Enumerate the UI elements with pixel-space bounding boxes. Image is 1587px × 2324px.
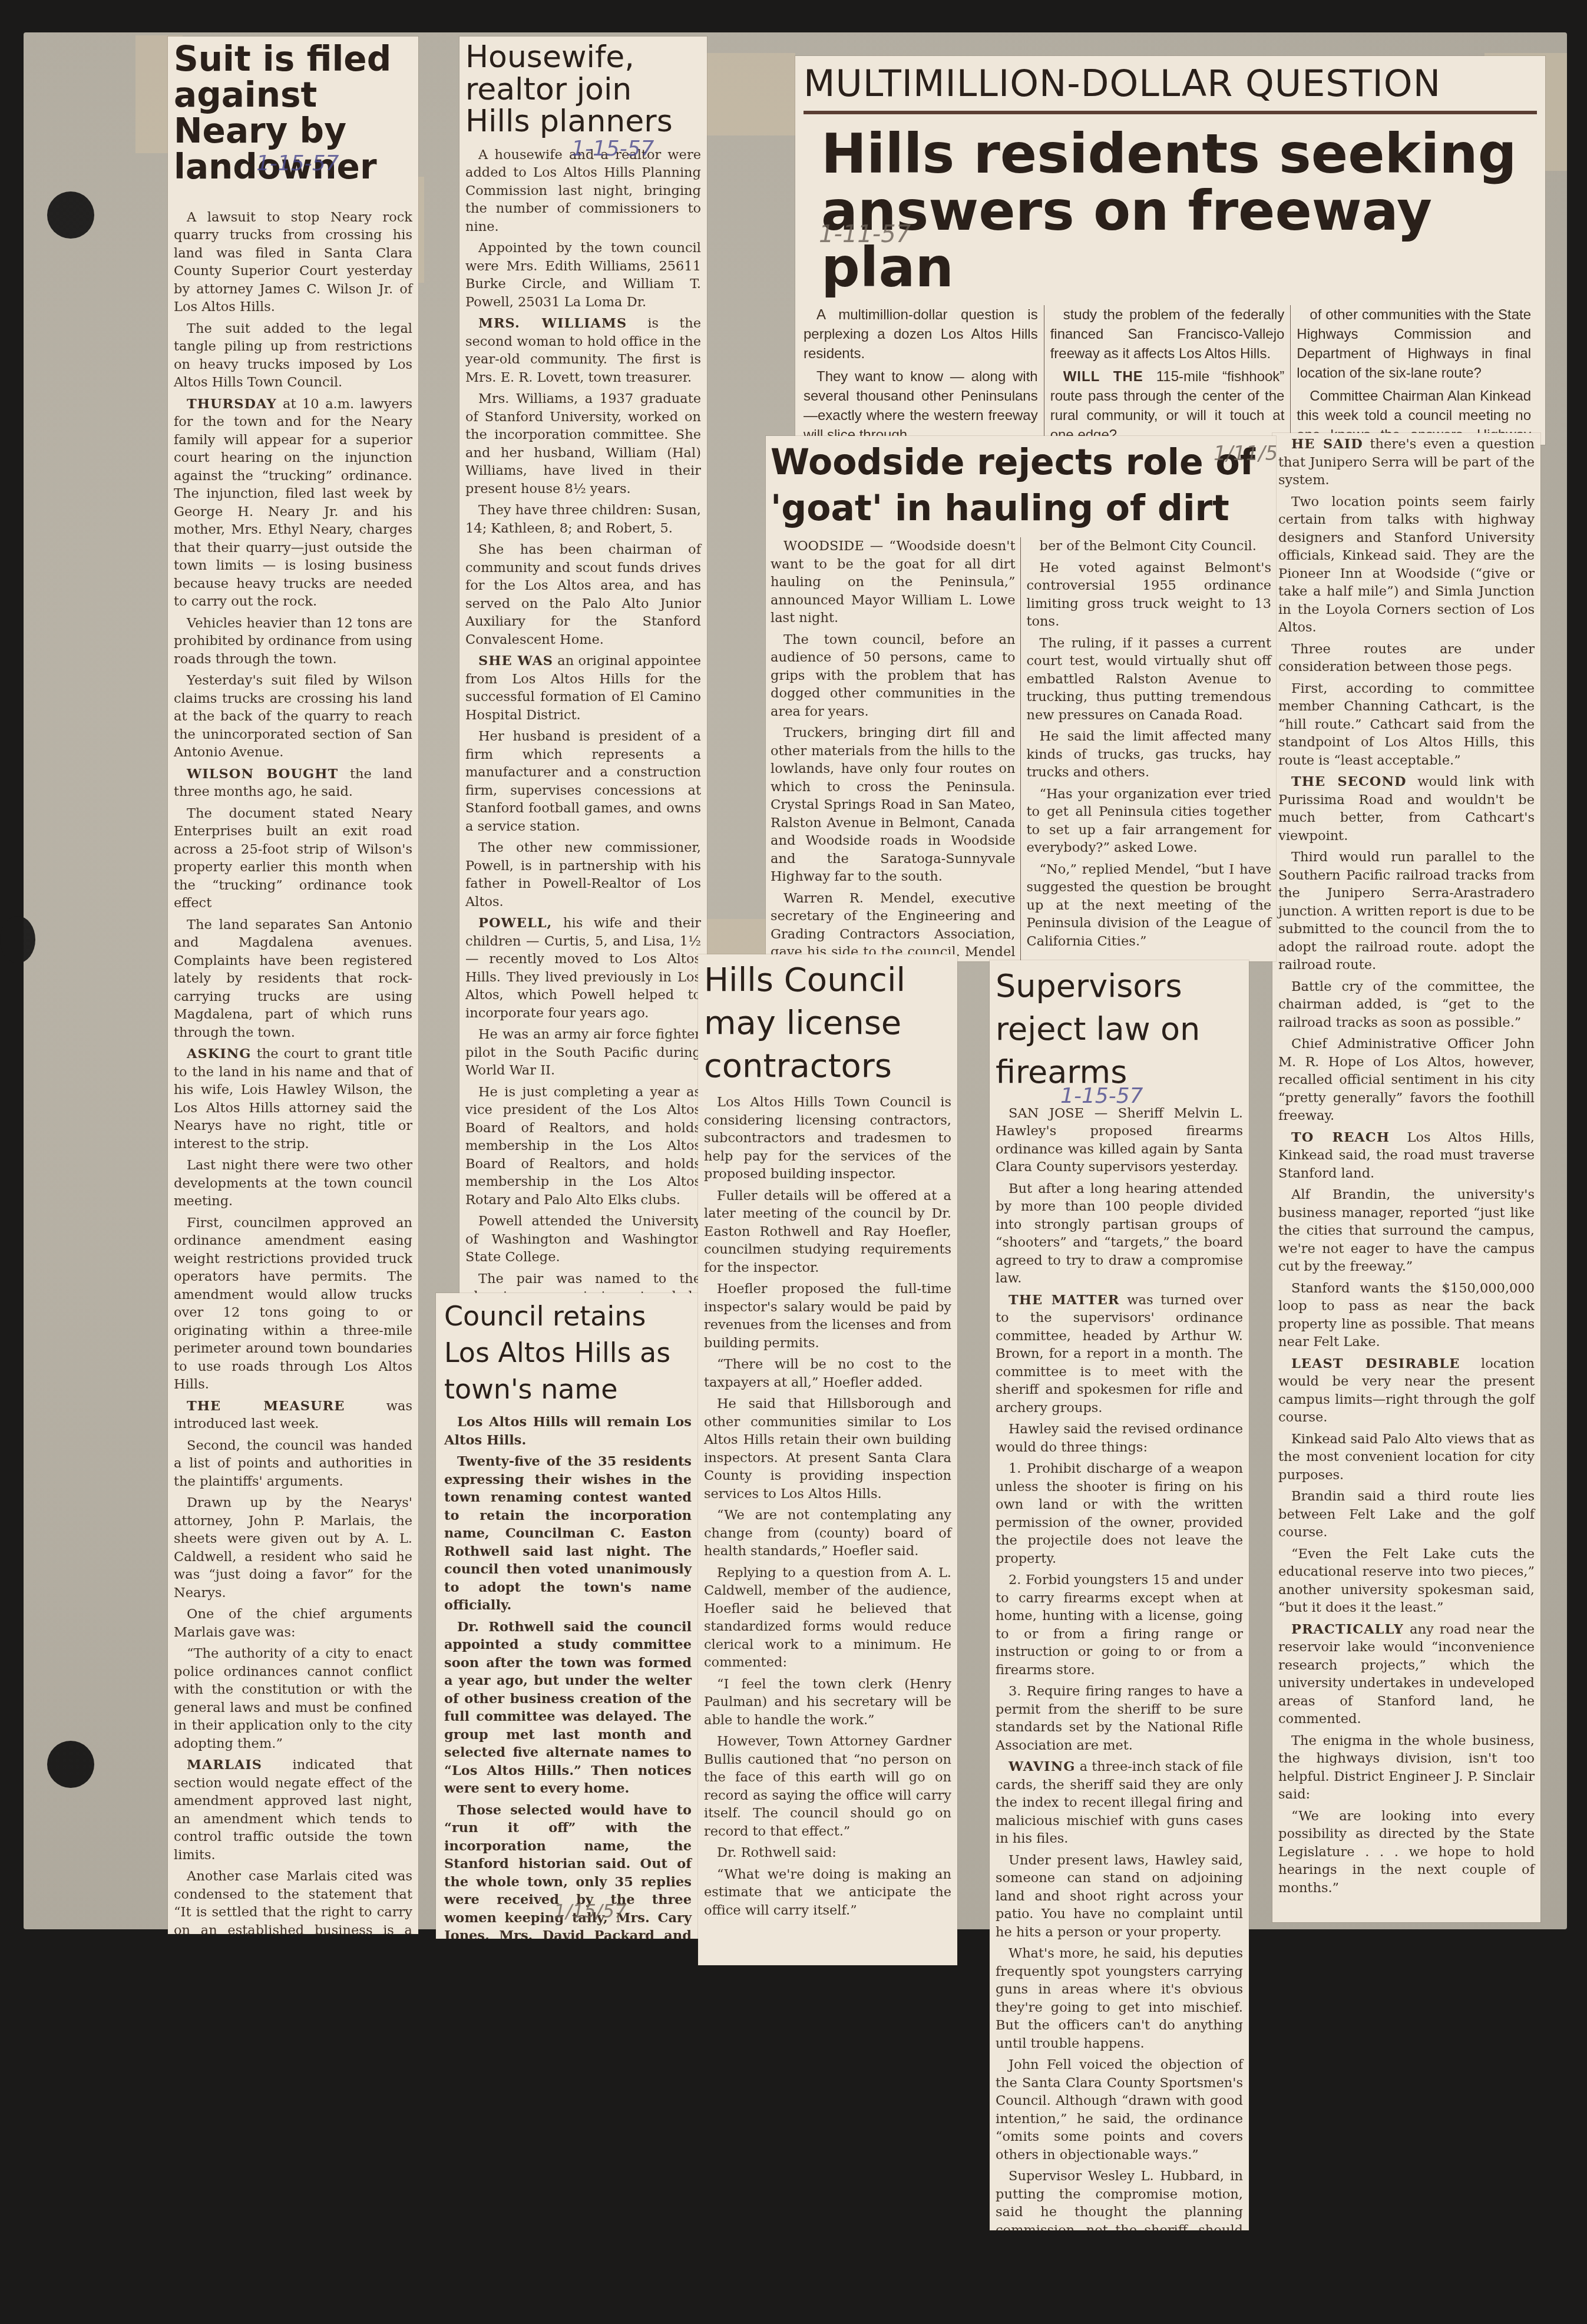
paragraph-text: Truckers, bringing dirt fill and other m… (771, 725, 1016, 884)
article-paragraph: First, councilmen approved an ordinance … (174, 1214, 412, 1394)
paragraph-text: He voted against Belmont's controversial… (1027, 560, 1272, 630)
article-paragraph: Hoefler proposed the full-time inspector… (704, 1280, 951, 1352)
article-paragraph: Three routes are under consideration bet… (1278, 640, 1535, 676)
article-body: A lawsuit to stop Neary rock quarry truc… (174, 209, 412, 1934)
paragraph-text: He was an army air force fighter pilot i… (465, 1027, 701, 1078)
paragraph-text: Twenty-five of the 35 residents expressi… (444, 1454, 692, 1613)
article-paragraph: Fuller details will be offered at a late… (704, 1187, 951, 1277)
article-paragraph: Mrs. Williams, a 1937 graduate of Stanfo… (465, 390, 701, 498)
article-paragraph: TO REACH Los Altos Hills, Kinkead said, … (1278, 1129, 1535, 1183)
article-paragraph: THE MEASURE was introduced last week. (174, 1397, 412, 1433)
article-paragraph: Battle cry of the committee, the chairma… (1278, 978, 1535, 1032)
paragraph-lead: SHE WAS (478, 653, 553, 669)
paragraph-lead: HE SAID (1291, 437, 1363, 452)
article-paragraph: The document stated Neary Enterprises bu… (174, 805, 412, 913)
paragraph-text: Appointed by the town council were Mrs. … (465, 240, 701, 310)
headline: Supervisors reject law on firearms (996, 965, 1243, 1094)
kicker-headline: MULTIMILLION-DOLLAR QUESTION (804, 62, 1537, 114)
article-body: SAN JOSE — Sheriff Melvin L. Hawley's pr… (996, 1105, 1243, 2230)
paragraph-text: “No,” replied Mendel, “but I have sugges… (1027, 862, 1272, 949)
paragraph-lead: LEAST DESIRABLE (1291, 1356, 1460, 1371)
paragraph-text: Stanford wants the $150,000,000 loop to … (1278, 1281, 1535, 1350)
article-paragraph: John Fell voiced the objection of the Sa… (996, 2056, 1243, 2164)
paragraph-text: study the problem of the federally finan… (1050, 307, 1285, 362)
headline: Housewife, realtor join Hills planners (465, 41, 701, 138)
article-paragraph: Dr. Rothwell said the council appointed … (444, 1618, 692, 1798)
article-paragraph: WILSON BOUGHT the land three months ago,… (174, 765, 412, 801)
paragraph-lead: MARLAIS (187, 1757, 262, 1773)
paragraph-text: “What we're doing is making an estimate … (704, 1867, 951, 1918)
paragraph-lead: POWELL, (478, 915, 552, 931)
paragraph-text: “Even the Felt Lake cuts the educational… (1278, 1546, 1535, 1616)
tape-strip (695, 53, 795, 135)
handwritten-date: 1/11/57 (1214, 442, 1276, 465)
binder-hole (47, 191, 94, 239)
article-paragraph: ber of the Belmont City Council. (1027, 537, 1272, 556)
article-paragraph: First, according to committee member Cha… (1278, 680, 1535, 770)
article-paragraph: HE SAID there's even a question that Jun… (1278, 435, 1535, 490)
paragraph-text: “The authority of a city to enact police… (174, 1646, 412, 1751)
binder-hole (47, 1741, 94, 1788)
article-paragraph: “What we're doing is making an estimate … (704, 1866, 951, 1920)
article-paragraph: “The authority of a city to enact police… (174, 1645, 412, 1753)
paragraph-text: “There will be no cost to the taxpayers … (704, 1357, 951, 1390)
paragraph-lead: WILSON BOUGHT (187, 766, 338, 782)
paragraph-text: “Has your organization ever tried to get… (1027, 786, 1272, 856)
paragraph-text: Hoefler proposed the full-time inspector… (704, 1281, 951, 1351)
article-body: Los Altos Hills Town Council is consider… (704, 1093, 951, 1919)
article-paragraph: She has been chairman of community and s… (465, 541, 701, 649)
paragraph-text: She has been chairman of community and s… (465, 542, 701, 647)
paragraph-text: any road near the reservoir lake would “… (1278, 1622, 1535, 1727)
paragraph-lead: THURSDAY (187, 396, 276, 412)
paragraph-text: “We are not contemplating any change fro… (704, 1508, 951, 1559)
paragraph-text: 3. Require firing ranges to have a permi… (996, 1684, 1243, 1753)
paragraph-text: Supervisor Wesley L. Hubbard, in putting… (996, 2168, 1243, 2230)
article-paragraph: He was an army air force fighter pilot i… (465, 1026, 701, 1080)
headline: Council retains Los Altos Hills as town'… (444, 1298, 692, 1407)
article-paragraph: A lawsuit to stop Neary rock quarry truc… (174, 209, 412, 316)
paragraph-lead: WILL THE (1063, 369, 1143, 385)
article-paragraph: The town council, before an audience of … (771, 631, 1016, 721)
article-paragraph: Twenty-five of the 35 residents expressi… (444, 1453, 692, 1615)
paragraph-text: his wife and their children — Curtis, 5,… (465, 915, 701, 1021)
article-body: Los Altos Hills will remain Los Altos Hi… (444, 1413, 692, 1939)
article-paragraph: The other new commissioner, Powell, is i… (465, 839, 701, 911)
article-column: of other communities with the State High… (1297, 305, 1537, 445)
paragraph-lead: THE MEASURE (187, 1399, 345, 1414)
article-paragraph: Two location points seem fairly certain … (1278, 493, 1535, 637)
article-paragraph: Vehicles heavier than 12 tons are prohib… (174, 614, 412, 669)
article-paragraph: POWELL, his wife and their children — Cu… (465, 914, 701, 1022)
article-paragraph: Alf Brandin, the university's business m… (1278, 1186, 1535, 1276)
paragraph-text: indicated that section would negate effe… (174, 1757, 412, 1863)
paragraph-text: Second, the council was handed a list of… (174, 1438, 412, 1489)
paragraph-text: Drawn up by the Nearys' attorney, John P… (174, 1495, 412, 1601)
article-paragraph: Last night there were two other developm… (174, 1156, 412, 1211)
paragraph-text: at 10 a.m. lawyers for the town and for … (174, 396, 412, 610)
paragraph-text: ber of the Belmont City Council. (1040, 538, 1257, 554)
paragraph-text: 1. Prohibit discharge of a weapon unless… (996, 1461, 1243, 1566)
article-paragraph: Another case Marlais cited was condensed… (174, 1867, 412, 1934)
paragraph-text: One of the chief arguments Marlais gave … (174, 1606, 412, 1640)
article-paragraph: THE SECOND would link with Purissima Roa… (1278, 773, 1535, 845)
paragraph-text: A lawsuit to stop Neary rock quarry truc… (174, 210, 412, 315)
paragraph-text: Yesterday's suit filed by Wilson claims … (174, 673, 412, 760)
article-paragraph: Supervisor Wesley L. Hubbard, in putting… (996, 2167, 1243, 2230)
paragraph-text: However, Town Attorney Gardner Bullis ca… (704, 1734, 951, 1839)
article-column: study the problem of the federally finan… (1050, 305, 1291, 445)
paragraph-lead: MRS. WILLIAMS (478, 316, 627, 331)
paragraph-lead: PRACTICALLY (1291, 1622, 1404, 1637)
paragraph-text: Hawley said the revised ordinance would … (996, 1421, 1243, 1455)
article-paragraph: WOODSIDE — “Woodside doesn't want to be … (771, 537, 1016, 627)
article-paragraph: “We are not contemplating any change fro… (704, 1506, 951, 1561)
article-paragraph: He voted against Belmont's controversial… (1027, 559, 1272, 631)
article-paragraph: LEAST DESIRABLE location would be very n… (1278, 1355, 1535, 1427)
article-paragraph: A multimillion-dollar question is perple… (804, 305, 1038, 363)
article-paragraph: “Has your organization ever tried to get… (1027, 785, 1272, 857)
article-firearms-law: Supervisors reject law on firearms 1-15-… (990, 960, 1249, 2230)
article-paragraph: He said the limit affected many kinds of… (1027, 728, 1272, 782)
paragraph-text: The town council, before an audience of … (771, 632, 1016, 719)
article-paragraph: Stanford wants the $150,000,000 loop to … (1278, 1280, 1535, 1351)
paragraph-text: Chief Administrative Officer John M. R. … (1278, 1036, 1535, 1123)
paragraph-text: Warren R. Mendel, executive secretary of… (771, 891, 1016, 962)
headline: Hills Council may license contractors (704, 959, 951, 1087)
headline: Hills residents seeking answers on freew… (804, 126, 1537, 297)
paragraph-text: The enigma in the whole business, the hi… (1278, 1733, 1535, 1803)
paragraph-text: First, according to committee member Cha… (1278, 681, 1535, 768)
article-paragraph: SHE WAS an original appointee from Los A… (465, 652, 701, 724)
paragraph-text: Fuller details will be offered at a late… (704, 1188, 951, 1275)
paragraph-lead: TO REACH (1291, 1130, 1390, 1145)
article-paragraph: MRS. WILLIAMS is the second woman to hol… (465, 315, 701, 386)
paragraph-text: Replying to a question from A. L. Caldwe… (704, 1565, 951, 1671)
article-paragraph: The land separates San Antonio and Magda… (174, 916, 412, 1042)
paragraph-text: Third would run parallel to the Southern… (1278, 849, 1535, 973)
article-freeway-plan: MULTIMILLION-DOLLAR QUESTION Hills resid… (795, 56, 1545, 445)
article-paragraph: 1. Prohibit discharge of a weapon unless… (996, 1460, 1243, 1568)
paragraph-text: First, councilmen approved an ordinance … (174, 1215, 412, 1393)
article-paragraph: He is just completing a year as vice pre… (465, 1083, 701, 1209)
handwritten-date: 1-15-57 (1060, 1084, 1143, 1108)
headline: Woodside rejects role of 'goat' in hauli… (771, 439, 1271, 531)
paragraph-text: Another case Marlais cited was condensed… (174, 1869, 412, 1934)
paragraph-text: WOODSIDE — “Woodside doesn't want to be … (771, 538, 1016, 626)
article-paragraph: “I feel the town clerk (Henry Paulman) a… (704, 1675, 951, 1730)
paragraph-text: the court to grant title to the land in … (174, 1046, 412, 1152)
article-paragraph: Powell attended the University of Washin… (465, 1212, 701, 1267)
article-paragraph: Yesterday's suit filed by Wilson claims … (174, 672, 412, 762)
article-paragraph: Chief Administrative Officer John M. R. … (1278, 1035, 1535, 1125)
article-paragraph: The ruling, if it passes a current court… (1027, 634, 1272, 725)
article-paragraph: The enigma in the whole business, the hi… (1278, 1732, 1535, 1804)
paragraph-text: Battle cry of the committee, the chairma… (1278, 979, 1535, 1030)
article-freeway-plan-continued: HE SAID there's even a question that Jun… (1272, 433, 1540, 1922)
article-paragraph: Brandin said a third route lies between … (1278, 1487, 1535, 1542)
article-paragraph: THE MATTER was turned over to the superv… (996, 1291, 1243, 1417)
article-column: ber of the Belmont City Council.He voted… (1027, 537, 1272, 961)
paragraph-text: A multimillion-dollar question is perple… (804, 307, 1038, 362)
article-paragraph: One of the chief arguments Marlais gave … (174, 1605, 412, 1641)
article-paragraph: Appointed by the town council were Mrs. … (465, 239, 701, 311)
paragraph-text: Dr. Rothwell said: (717, 1845, 837, 1860)
article-paragraph: of other communities with the State High… (1297, 305, 1531, 383)
paragraph-text: Dr. Rothwell said the council appointed … (444, 1619, 692, 1797)
paragraph-lead: THE SECOND (1291, 774, 1407, 789)
paragraph-text: Last night there were two other developm… (174, 1158, 412, 1209)
paragraph-text: Los Altos Hills will remain Los Altos Hi… (444, 1414, 692, 1448)
article-paragraph: THURSDAY at 10 a.m. lawyers for the town… (174, 395, 412, 611)
paragraph-text: Alf Brandin, the university's business m… (1278, 1187, 1535, 1274)
paragraph-text: Three routes are under consideration bet… (1278, 642, 1535, 675)
article-paragraph: WAVING a three-inch stack of file cards,… (996, 1758, 1243, 1848)
article-woodside-dirt: Woodside rejects role of 'goat' in hauli… (766, 436, 1276, 961)
paragraph-text: He is just completing a year as vice pre… (465, 1085, 701, 1208)
article-column: WOODSIDE — “Woodside doesn't want to be … (771, 537, 1021, 961)
article-paragraph: Drawn up by the Nearys' attorney, John P… (174, 1494, 412, 1602)
article-paragraph: Truckers, bringing dirt fill and other m… (771, 724, 1016, 886)
article-paragraph: 3. Require firing ranges to have a permi… (996, 1682, 1243, 1754)
article-body: HE SAID there's even a question that Jun… (1278, 435, 1535, 1897)
paragraph-text: He said that Hillsborough and other comm… (704, 1396, 951, 1502)
paragraph-text: Mrs. Williams, a 1937 graduate of Stanfo… (465, 391, 701, 497)
article-paragraph: They have three children: Susan, 14; Kat… (465, 501, 701, 537)
article-paragraph: Hawley said the revised ordinance would … (996, 1420, 1243, 1456)
article-paragraph: MARLAIS indicated that section would neg… (174, 1756, 412, 1864)
article-paragraph: What's more, he said, his deputies frequ… (996, 1945, 1243, 2052)
article-paragraph: SAN JOSE — Sheriff Melvin L. Hawley's pr… (996, 1105, 1243, 1176)
article-paragraph: Los Altos Hills Town Council is consider… (704, 1093, 951, 1184)
article-paragraph: 2. Forbid youngsters 15 and under to car… (996, 1571, 1243, 1679)
paragraph-text: They have three children: Susan, 14; Kat… (465, 503, 701, 536)
article-paragraph: study the problem of the federally finan… (1050, 305, 1285, 363)
paragraph-text: John Fell voiced the objection of the Sa… (996, 2057, 1243, 2163)
paragraph-text: They want to know — along with several t… (804, 369, 1038, 443)
paragraph-text: The land separates San Antonio and Magda… (174, 917, 412, 1040)
article-paragraph: Under present laws, Hawley said, someone… (996, 1852, 1243, 1942)
article-paragraph: “No,” replied Mendel, “but I have sugges… (1027, 861, 1272, 951)
article-columns: WOODSIDE — “Woodside doesn't want to be … (771, 537, 1271, 961)
article-paragraph: WILL THE 115-mile “fishhook” route pass … (1050, 367, 1285, 445)
article-license-contractors: Hills Council may license contractors Lo… (698, 954, 957, 1965)
paragraph-text: Under present laws, Hawley said, someone… (996, 1853, 1243, 1940)
handwritten-date: 1-11-57 (819, 221, 911, 248)
paragraph-lead: ASKING (187, 1046, 252, 1062)
paragraph-text: Vehicles heavier than 12 tons are prohib… (174, 616, 412, 667)
paragraph-text: Powell attended the University of Washin… (465, 1214, 701, 1265)
article-paragraph: Third would run parallel to the Southern… (1278, 848, 1535, 974)
article-paragraph: Replying to a question from A. L. Caldwe… (704, 1564, 951, 1672)
article-body: A housewife and a realtor were added to … (465, 146, 701, 1301)
article-paragraph: ASKING the court to grant title to the l… (174, 1045, 412, 1153)
paragraph-text: What's more, he said, his deputies frequ… (996, 1946, 1243, 2051)
article-paragraph: “Even the Felt Lake cuts the educational… (1278, 1545, 1535, 1617)
article-paragraph: Second, the council was handed a list of… (174, 1437, 412, 1491)
article-neary-suit: Suit is filed against Neary by landowner… (168, 37, 418, 1934)
paragraph-text: SAN JOSE — Sheriff Melvin L. Hawley's pr… (996, 1106, 1243, 1175)
binder-hole (0, 916, 35, 963)
article-paragraph: He said that Hillsborough and other comm… (704, 1395, 951, 1503)
article-paragraph: “We are looking into every possibility a… (1278, 1807, 1535, 1897)
article-paragraph: They want to know — along with several t… (804, 367, 1038, 445)
article-columns: A multimillion-dollar question is perple… (804, 305, 1537, 445)
paragraph-text: “We are looking into every possibility a… (1278, 1809, 1535, 1896)
paragraph-text: “I feel the town clerk (Henry Paulman) a… (704, 1677, 951, 1728)
article-paragraph: Dr. Rothwell said: (704, 1844, 951, 1862)
paragraph-text: He said the limit affected many kinds of… (1027, 729, 1272, 780)
article-housewife-realtor: Housewife, realtor join Hills planners 1… (459, 37, 707, 1301)
paragraph-text: 2. Forbid youngsters 15 and under to car… (996, 1572, 1243, 1678)
paragraph-lead: WAVING (1009, 1759, 1075, 1774)
paragraph-text: The suit added to the legal tangle pilin… (174, 321, 412, 391)
paragraph-lead: THE MATTER (1009, 1292, 1119, 1308)
article-council-retains-name: Council retains Los Altos Hills as town'… (436, 1293, 700, 1939)
article-paragraph: But after a long hearing attended by mor… (996, 1180, 1243, 1288)
article-paragraph: However, Town Attorney Gardner Bullis ca… (704, 1733, 951, 1840)
article-paragraph: Warren R. Mendel, executive secretary of… (771, 890, 1016, 962)
paragraph-text: The ruling, if it passes a current court… (1027, 636, 1272, 723)
paragraph-text: Kinkead said Palo Alto views that as the… (1278, 1432, 1535, 1483)
article-paragraph: Los Altos Hills will remain Los Altos Hi… (444, 1413, 692, 1449)
paragraph-text: The document stated Neary Enterprises bu… (174, 806, 412, 911)
article-paragraph: Her husband is president of a firm which… (465, 728, 701, 835)
paragraph-text: was turned over to the supervisors' ordi… (996, 1292, 1243, 1416)
article-paragraph: “There will be no cost to the taxpayers … (704, 1356, 951, 1391)
article-paragraph: PRACTICALLY any road near the reservoir … (1278, 1621, 1535, 1728)
paragraph-text: The other new commissioner, Powell, is i… (465, 840, 701, 910)
article-paragraph: Kinkead said Palo Alto views that as the… (1278, 1430, 1535, 1485)
article-paragraph: The suit added to the legal tangle pilin… (174, 320, 412, 392)
handwritten-date: 1-15-57 (256, 151, 339, 176)
paragraph-text: Los Altos Hills Town Council is consider… (704, 1095, 951, 1182)
paragraph-text: Two location points seem fairly certain … (1278, 494, 1535, 636)
article-column: A multimillion-dollar question is perple… (804, 305, 1044, 445)
handwritten-date: 1-15-57 (571, 137, 654, 161)
paragraph-text: But after a long hearing attended by mor… (996, 1181, 1243, 1287)
paragraph-text: Her husband is president of a firm which… (465, 729, 701, 834)
paragraph-text: of other communities with the State High… (1297, 307, 1531, 381)
paragraph-text: Brandin said a third route lies between … (1278, 1489, 1535, 1540)
handwritten-date: 1/15/57 (554, 1900, 626, 1922)
